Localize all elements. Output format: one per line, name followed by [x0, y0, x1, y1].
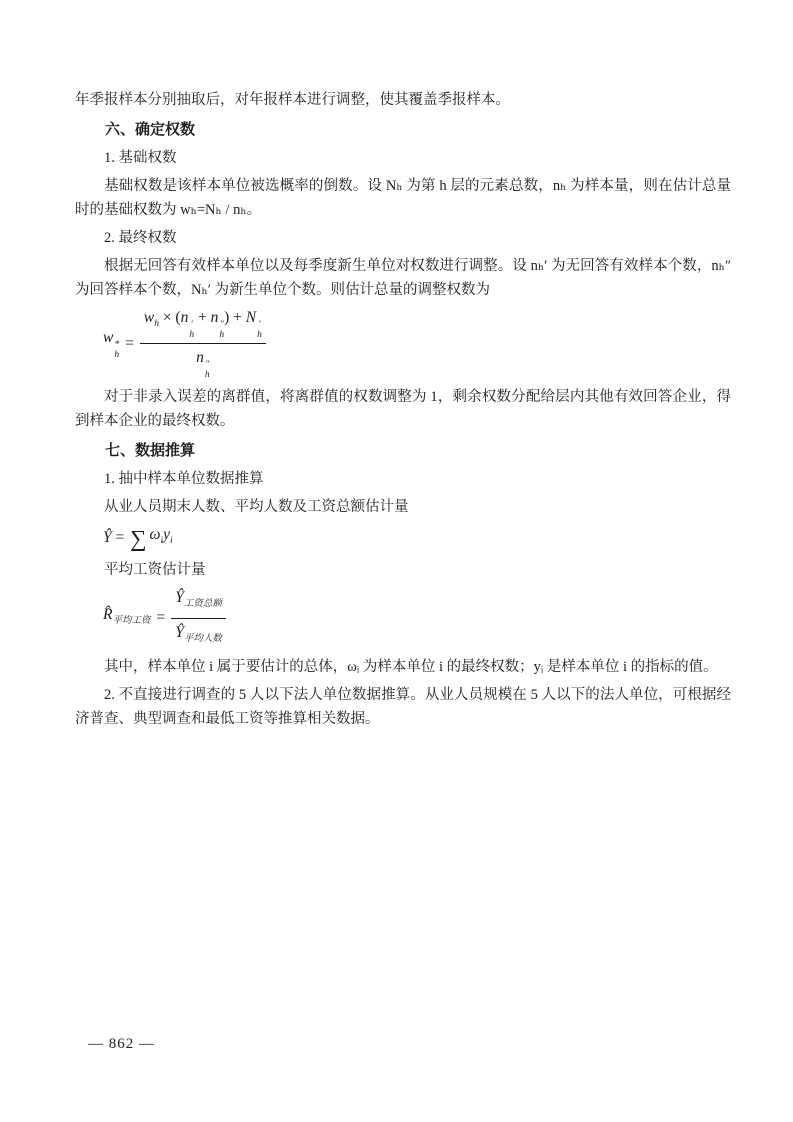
paragraph-small-units: 2. 不直接进行调查的 5 人以下法人单位数据推算。从业人员规模在 5 人以下的… [75, 683, 731, 731]
fraction-numerator: wh × (n′h + n″h) + N′h [140, 306, 266, 344]
page-number: — 862 — [88, 1036, 155, 1053]
formula-lhs: R̂平均工资 [103, 603, 150, 633]
paragraph-where-definitions: 其中，样本单位 i 属于要估计的总体，ωᵢ 为样本单位 i 的最终权数；yᵢ 是… [75, 655, 731, 679]
formula-total-estimator: Ŷ = ∑ωiyi [103, 523, 731, 553]
equation: w*h = wh × (n′h + n″h) + N′h n″h [103, 306, 266, 381]
paragraph-basic-weight: 基础权数是该样本单位被选概率的倒数。设 Nₕ 为第 h 层的元素总数，nₕ 为样… [75, 174, 731, 222]
equation: R̂平均工资 = Ŷ工资总额 Ŷ平均人数 [103, 586, 226, 651]
equals-sign: = [125, 332, 134, 356]
formula-avg-wage-estimator: R̂平均工资 = Ŷ工资总额 Ŷ平均人数 [103, 586, 731, 651]
section-heading-data-estimation: 七、数据推算 [75, 439, 731, 463]
fraction: wh × (n′h + n″h) + N′h n″h [140, 306, 266, 381]
fraction-denominator: n″h [140, 344, 266, 381]
paragraph-sample-adjustment: 年季报样本分别抽取后，对年报样本进行调整，使其覆盖季报样本。 [75, 88, 731, 112]
document-body: 年季报样本分别抽取后，对年报样本进行调整，使其覆盖季报样本。 六、确定权数 1.… [75, 88, 731, 731]
equation: Ŷ = ∑ωiyi [103, 523, 173, 553]
fraction-denominator: Ŷ平均人数 [171, 619, 226, 651]
section-heading-determine-weights: 六、确定权数 [75, 118, 731, 142]
formula-adjusted-weight: w*h = wh × (n′h + n″h) + N′h n″h [103, 306, 731, 381]
equals-sign: = [156, 606, 165, 630]
list-item-sampled-units: 1. 抽中样本单位数据推算 [75, 467, 731, 491]
paragraph-outlier-weight: 对于非录入误差的离群值，将离群值的权数调整为 1，剩余权数分配给层内其他有效回答… [75, 385, 731, 433]
fraction: Ŷ工资总额 Ŷ平均人数 [171, 586, 226, 651]
fraction-numerator: Ŷ工资总额 [171, 586, 226, 619]
list-item-final-weight: 2. 最终权数 [75, 226, 731, 250]
formula-lhs: w*h [103, 326, 119, 361]
list-item-basic-weight: 1. 基础权数 [75, 146, 731, 170]
paragraph-estimator-label: 从业人员期末人数、平均人数及工资总额估计量 [75, 495, 731, 519]
paragraph-avg-wage-label: 平均工资估计量 [75, 558, 731, 582]
paragraph-final-weight-intro: 根据无回答有效样本单位以及每季度新生单位对权数进行调整。设 nₕ′ 为无回答有效… [75, 254, 731, 302]
document-page: 年季报样本分别抽取后，对年报样本进行调整，使其覆盖季报样本。 六、确定权数 1.… [0, 0, 793, 1122]
